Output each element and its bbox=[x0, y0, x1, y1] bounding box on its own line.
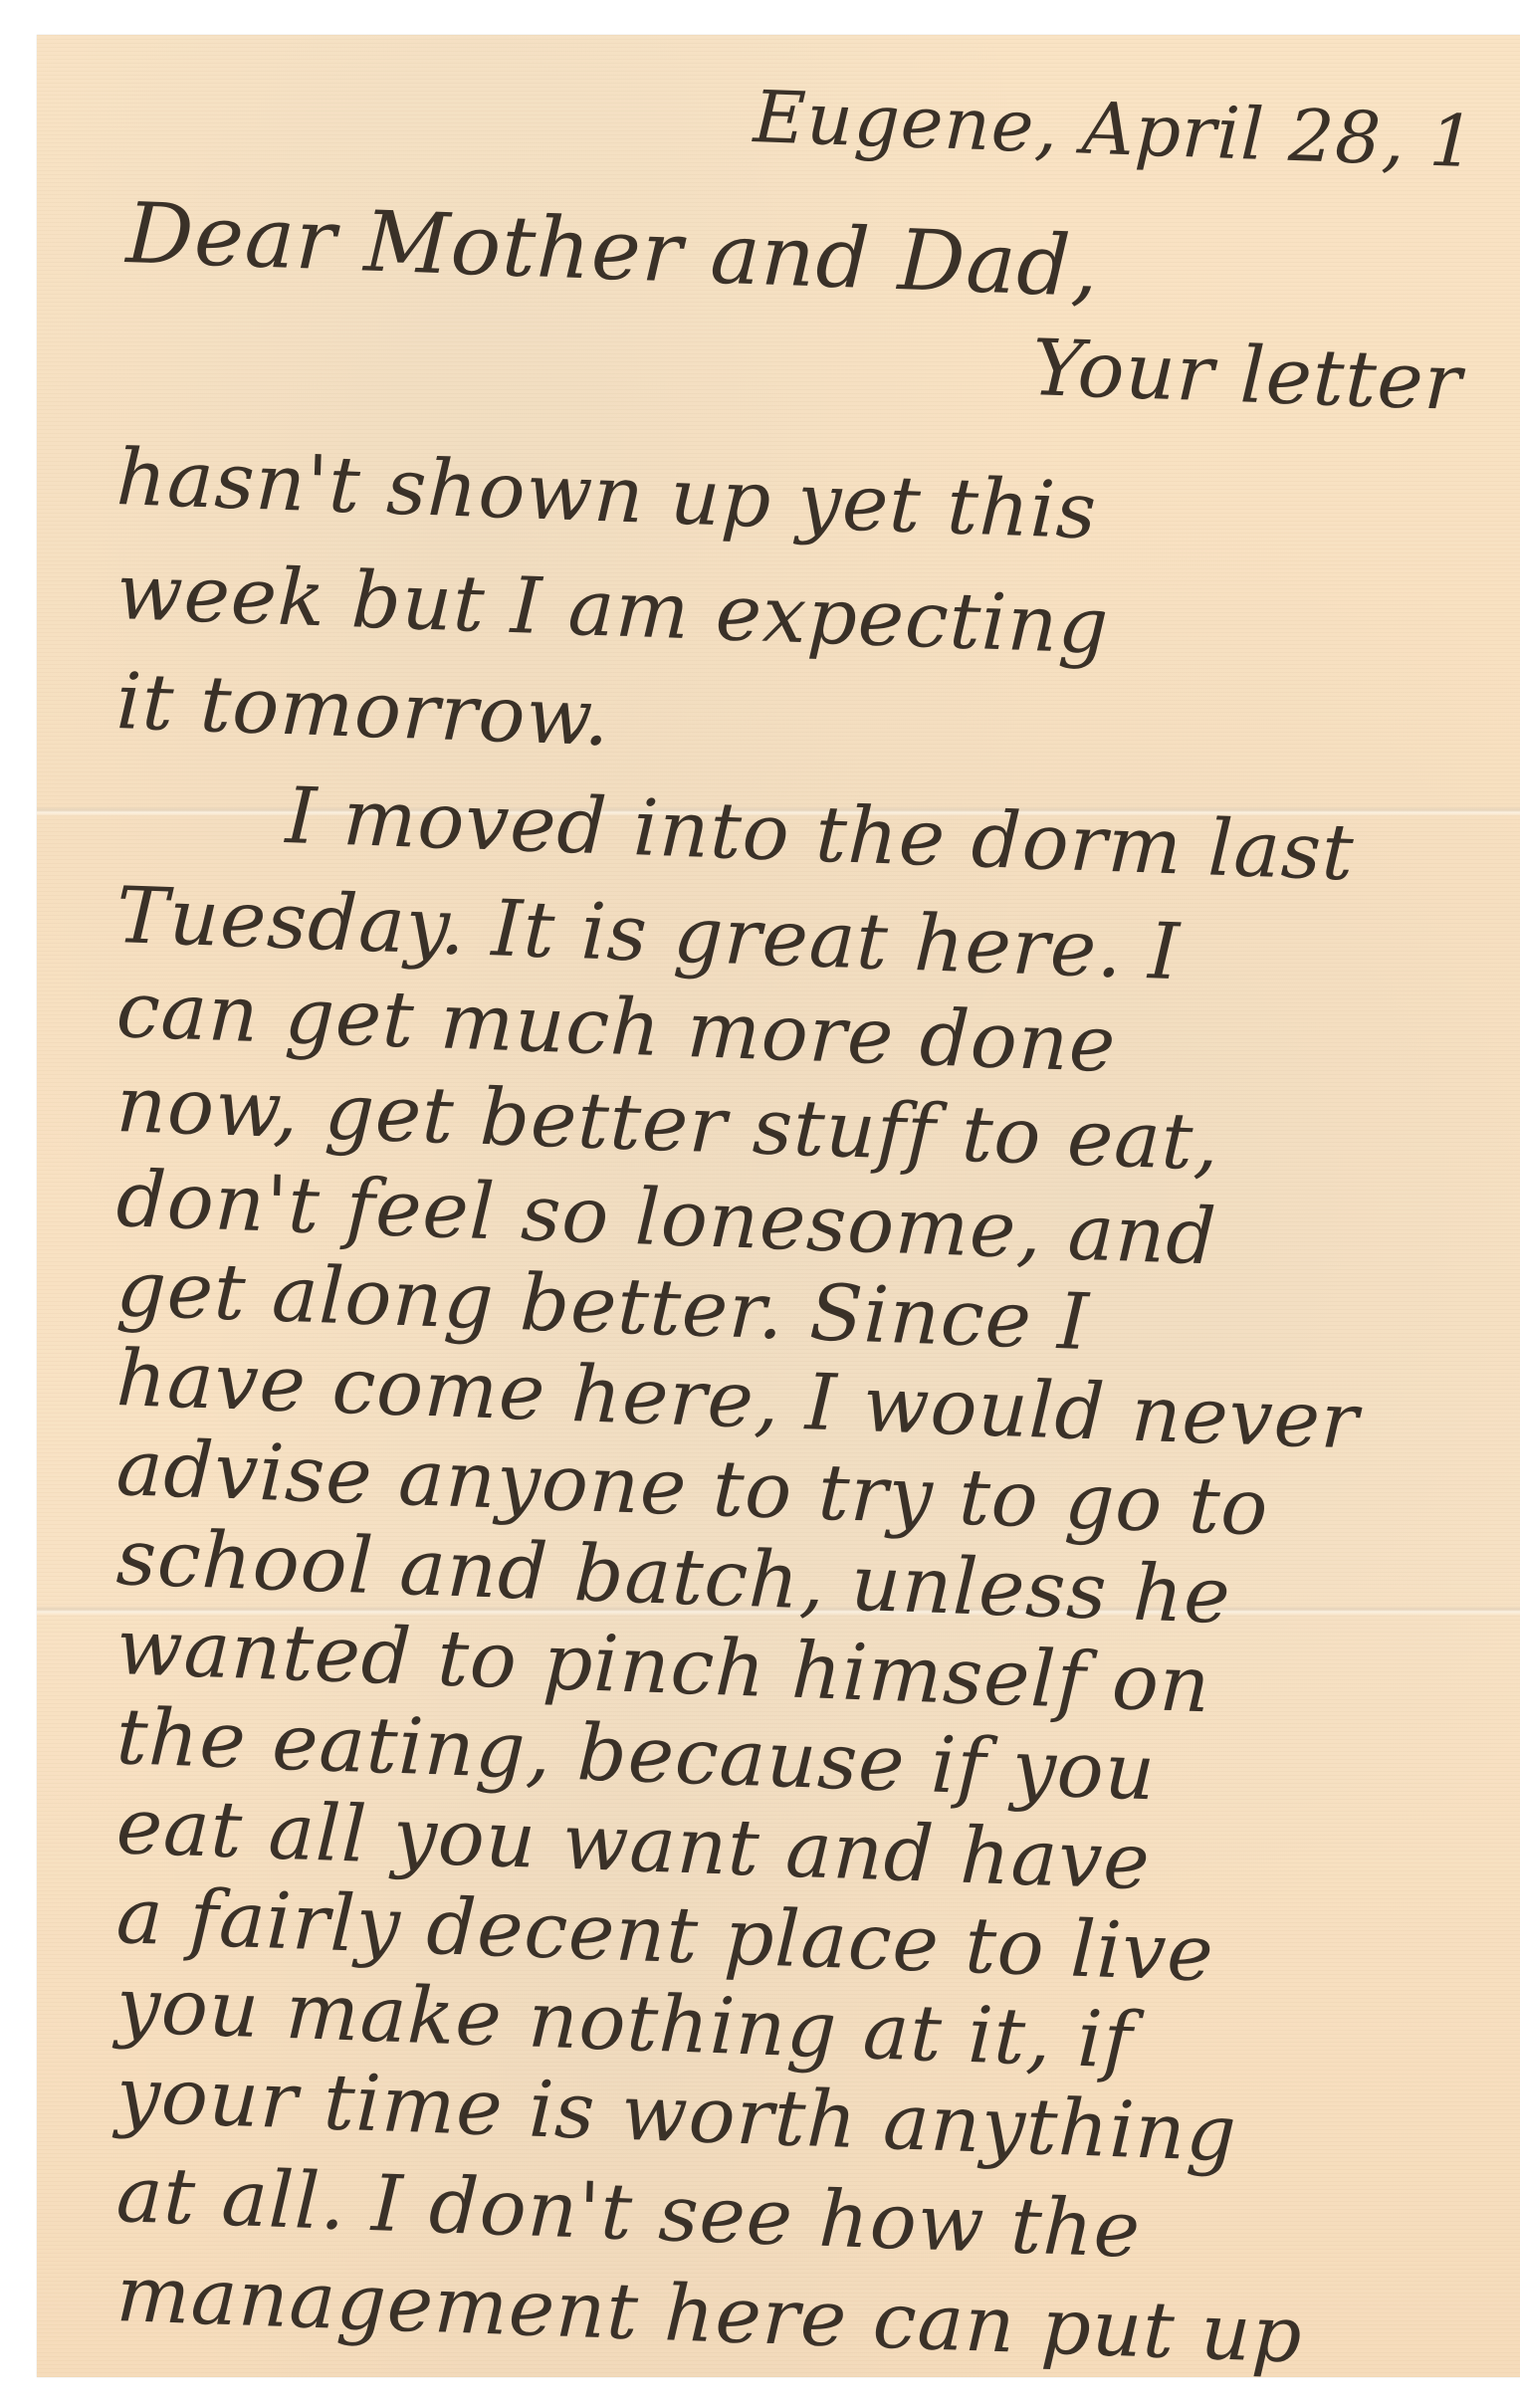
letter-line: hasn't shown up yet this bbox=[114, 433, 1098, 556]
letter-line: I moved into the dorm last bbox=[284, 771, 1356, 898]
salutation: Dear Mother and Dad, bbox=[124, 184, 1100, 316]
letter-line: it tomorrow. bbox=[114, 657, 611, 764]
letter-page: Eugene, April 28, 1 Dear Mother and Dad,… bbox=[37, 35, 1520, 2377]
dateline: Eugene, April 28, 1 bbox=[753, 75, 1478, 183]
letter-line: week but I am expecting bbox=[114, 547, 1110, 672]
letter-line: Your letter bbox=[1030, 324, 1463, 428]
